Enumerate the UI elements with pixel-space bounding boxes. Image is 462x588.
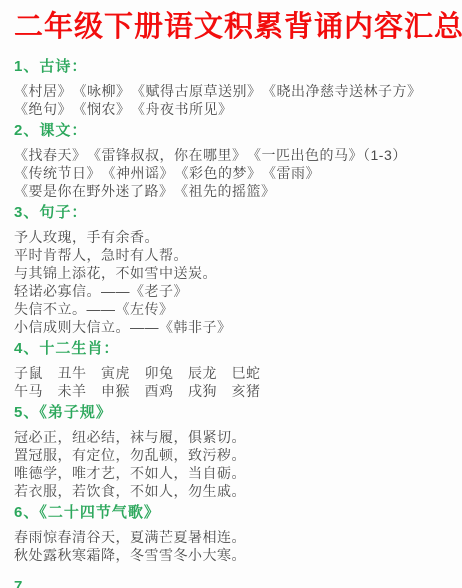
document-title: 二年级下册语文积累背诵内容汇总 [14,10,448,44]
section-heading: 5、《弟子规》 [14,404,448,422]
text-line: 失信不立。——《左传》 [14,300,448,318]
section-heading: 3、句子： [14,204,448,222]
text-line: 唯德学，唯才艺，不如人，当自砺。 [14,464,448,482]
text-line: 冠必正，纽必结，袜与履，俱紧切。 [14,428,448,446]
text-line: 置冠服，有定位，勿乱顿，致污秽。 [14,446,448,464]
text-line: 若衣服，若饮食，不如人，勿生戚。 [14,482,448,500]
text-line: 轻诺必寡信。——《老子》 [14,282,448,300]
text-line: 《传统节日》 《神州谣》 《彩色的梦》 《雷雨》 [14,164,448,182]
text-line: 秋处露秋寒霜降，冬雪雪冬小大寒。 [14,546,448,564]
text-line: 子鼠 丑牛 寅虎 卯兔 辰龙 巳蛇 [14,364,448,382]
section-heading: 4、十二生肖： [14,340,448,358]
text-line: 《绝句》 《悯农》 《舟夜书所见》 [14,100,448,118]
section-heading-clipped: 7、 [14,578,448,588]
text-line: 《要是你在野外迷了路》 《祖先的摇篮》 [14,182,448,200]
section-dizigui: 5、《弟子规》 冠必正，纽必结，袜与履，俱紧切。 置冠服，有定位，勿乱顿，致污秽… [14,404,448,500]
section-texts: 2、课文： 《找春天》 《雷锋叔叔，你在哪里》 《一匹出色的马》（1-3） 《传… [14,122,448,200]
section-ancient-poems: 1、古诗： 《村居》 《咏柳》 《赋得古原草送别》 《晓出净慈寺送林子方》 《绝… [14,58,448,118]
section-heading: 6、《二十四节气歌》 [14,504,448,522]
section-sentences: 3、句子： 予人玫瑰，手有余香。 平时肯帮人，急时有人帮。 与其锦上添花，不如雪… [14,204,448,336]
section-next-clipped: 7、 [14,578,448,588]
section-zodiac: 4、十二生肖： 子鼠 丑牛 寅虎 卯兔 辰龙 巳蛇 午马 未羊 申猴 酉鸡 戌狗… [14,340,448,400]
text-line: 小信成则大信立。——《韩非子》 [14,318,448,336]
text-line: 平时肯帮人，急时有人帮。 [14,246,448,264]
section-heading: 1、古诗： [14,58,448,76]
text-line: 予人玫瑰，手有余香。 [14,228,448,246]
text-line: 《找春天》 《雷锋叔叔，你在哪里》 《一匹出色的马》（1-3） [14,146,448,164]
document-page: 二年级下册语文积累背诵内容汇总 1、古诗： 《村居》 《咏柳》 《赋得古原草送别… [0,0,462,588]
section-heading: 2、课文： [14,122,448,140]
text-line: 午马 未羊 申猴 酉鸡 戌狗 亥猪 [14,382,448,400]
section-solar-terms-song: 6、《二十四节气歌》 春雨惊春清谷天，夏满芒夏暑相连。 秋处露秋寒霜降，冬雪雪冬… [14,504,448,564]
text-line: 春雨惊春清谷天，夏满芒夏暑相连。 [14,528,448,546]
text-line: 与其锦上添花，不如雪中送炭。 [14,264,448,282]
text-line: 《村居》 《咏柳》 《赋得古原草送别》 《晓出净慈寺送林子方》 [14,82,448,100]
